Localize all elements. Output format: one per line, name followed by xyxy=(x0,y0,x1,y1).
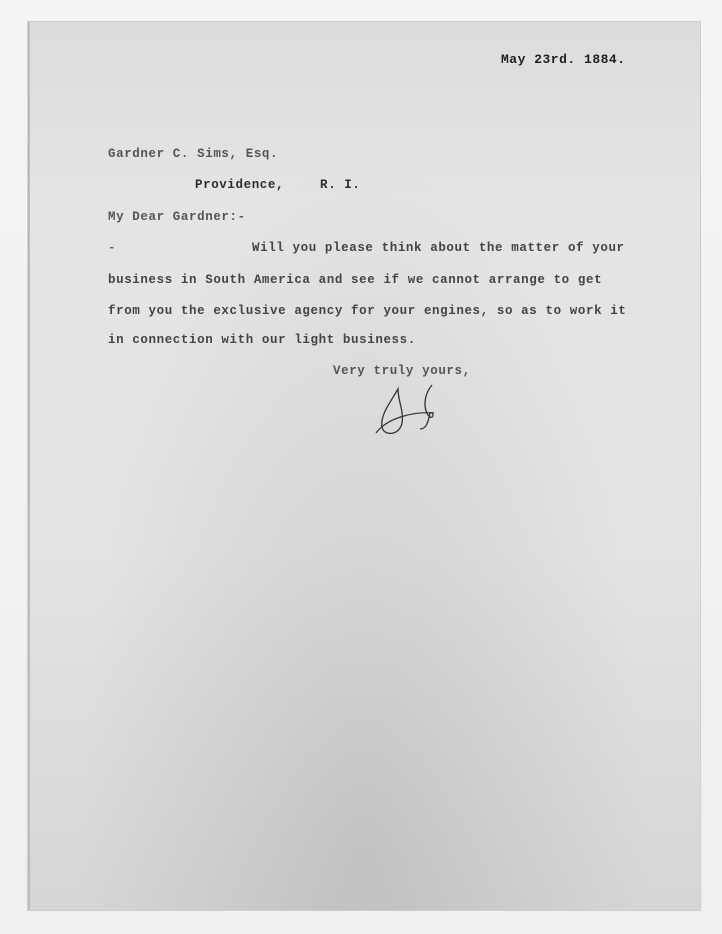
body-line: from you the exclusive agency for your e… xyxy=(108,304,626,318)
salutation: My Dear Gardner:- xyxy=(108,210,246,224)
letter-date: May 23rd. 1884. xyxy=(501,52,626,67)
recipient-city: Providence, xyxy=(195,178,284,192)
body-line: Will you please think about the matter o… xyxy=(252,241,625,255)
body-line: business in South America and see if we … xyxy=(108,273,602,287)
body-line: in connection with our light business. xyxy=(108,333,416,347)
signature-initials xyxy=(372,383,442,441)
paper-edge xyxy=(28,22,30,910)
recipient-state: R. I. xyxy=(320,178,361,192)
indent-mark: - xyxy=(108,241,116,255)
recipient-name: Gardner C. Sims, Esq. xyxy=(108,147,278,161)
closing: Very truly yours, xyxy=(333,364,471,378)
